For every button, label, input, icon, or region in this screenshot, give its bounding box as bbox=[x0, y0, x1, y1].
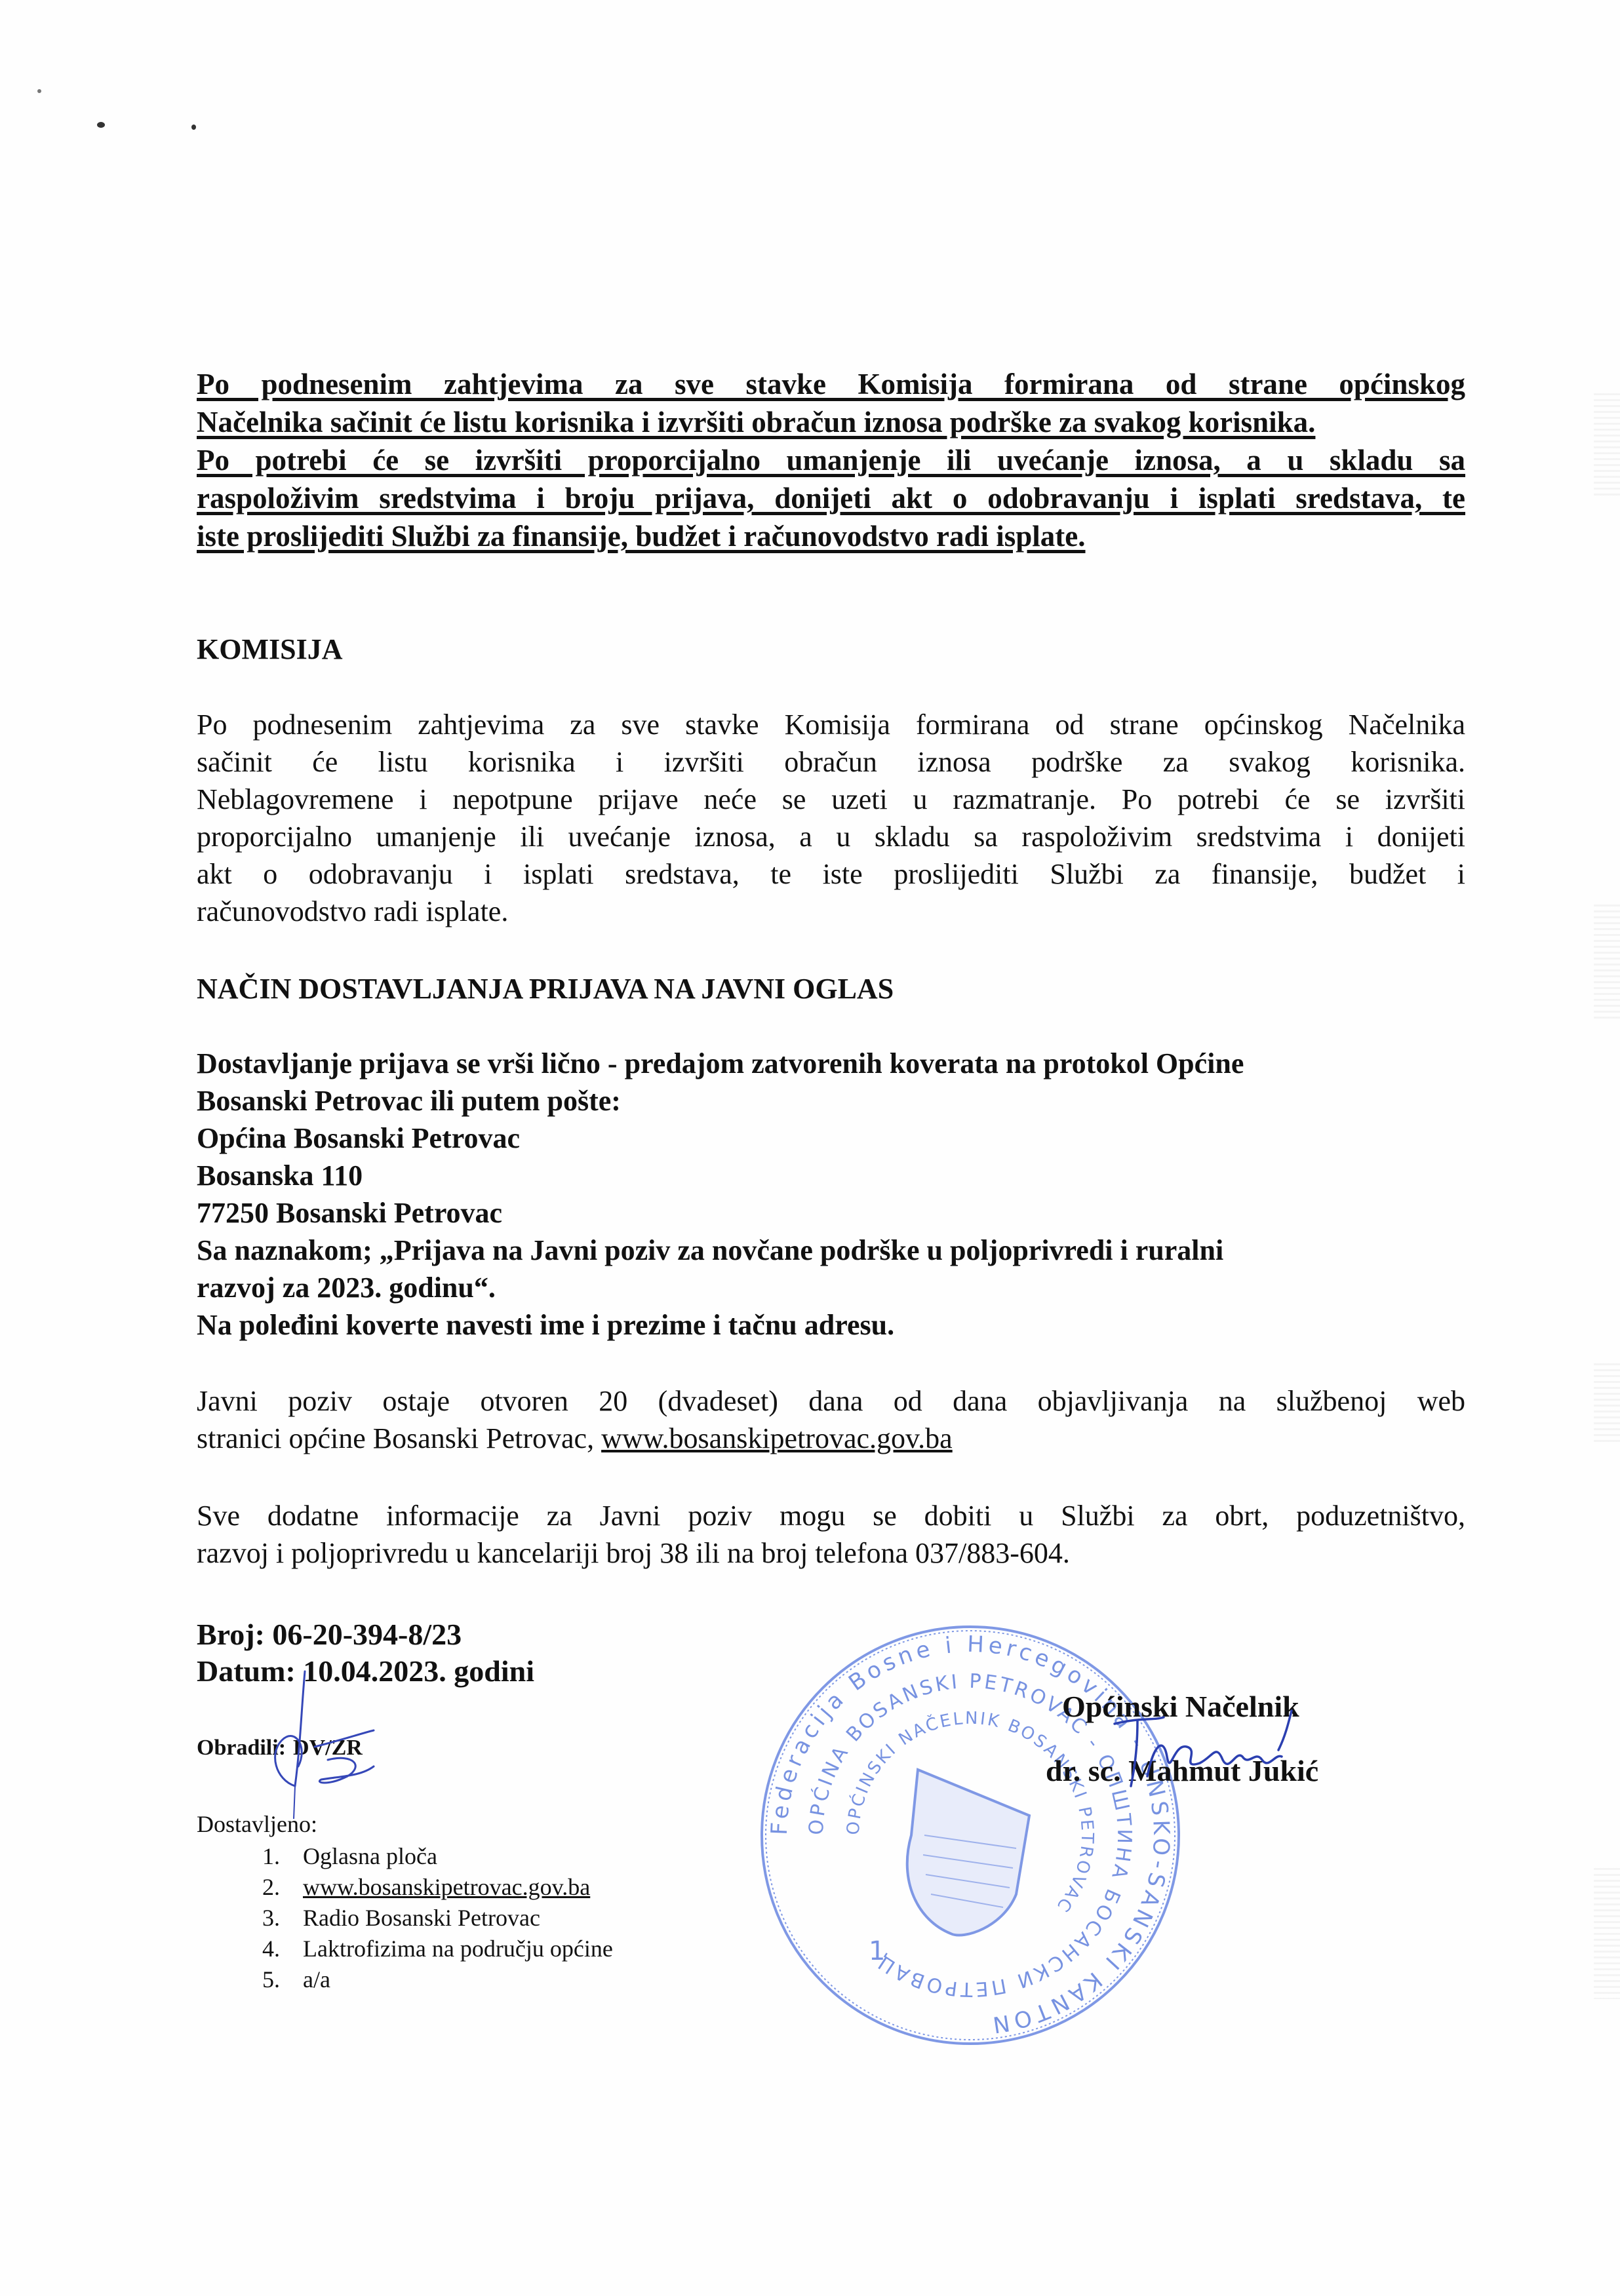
list-item: 4.Laktrofizima na području općine bbox=[262, 1934, 613, 1964]
address-line: Bosanska 110 bbox=[197, 1159, 363, 1193]
initials-signature-icon bbox=[249, 1668, 413, 1825]
distribution-items: 1.Oglasna ploča 2.www.bosanskipetrovac.g… bbox=[197, 1841, 613, 1995]
paragraph-line: Neblagovremene i nepotpune prijave neće … bbox=[197, 783, 1465, 817]
top-notice-line: raspoloživim sredstvima i broju prijava,… bbox=[197, 481, 1465, 515]
scan-speck bbox=[97, 122, 105, 128]
document-number: Broj: 06-20-394-8/23 bbox=[197, 1618, 462, 1652]
list-item: 1.Oglasna ploča bbox=[262, 1841, 613, 1872]
address-line: Općina Bosanski Petrovac bbox=[197, 1121, 520, 1156]
paragraph-line: Javni poziv ostaje otvoren 20 (dvadeset)… bbox=[197, 1384, 1465, 1418]
website-link[interactable]: www.bosanskipetrovac.gov.ba bbox=[303, 1872, 590, 1903]
top-notice-line: iste proslijediti Službi za finansije, b… bbox=[197, 519, 1086, 553]
paragraph-line: Bosanski Petrovac ili putem pošte: bbox=[197, 1084, 621, 1118]
top-notice-line: Načelnika sačinit će listu korisnika i i… bbox=[197, 405, 1315, 439]
section-heading: NAČIN DOSTAVLJANJA PRIJAVA NA JAVNI OGLA… bbox=[197, 972, 894, 1006]
document-page: Po podnesenim zahtjevima za sve stavke K… bbox=[0, 0, 1620, 2296]
paragraph-line: razvoj i poljoprivredu u kancelariji bro… bbox=[197, 1536, 1070, 1570]
scan-speck bbox=[37, 89, 41, 93]
paragraph-line: Sa naznakom; „Prijava na Javni poziv za … bbox=[197, 1234, 1223, 1268]
distribution-list: Dostavljeno: 1.Oglasna ploča 2.www.bosan… bbox=[197, 1809, 613, 1995]
scan-noise bbox=[1594, 393, 1620, 498]
scan-speck bbox=[191, 125, 196, 130]
paragraph-line: Sve dodatne informacije za Javni poziv m… bbox=[197, 1499, 1465, 1533]
paragraph-line: sačinit će listu korisnika i izvršiti ob… bbox=[197, 745, 1465, 779]
paragraph-line: stranici općine Bosanski Petrovac, www.b… bbox=[197, 1422, 953, 1456]
paragraph-line: razvoj za 2023. godinu“. bbox=[197, 1271, 496, 1305]
section-heading: KOMISIJA bbox=[197, 632, 342, 667]
paragraph-line: proporcijalno umanjenje ili uvećanje izn… bbox=[197, 820, 1465, 854]
list-item: 3.Radio Bosanski Petrovac bbox=[262, 1903, 613, 1934]
paragraph-line: akt o odobravanju i isplati sredstava, t… bbox=[197, 857, 1465, 891]
website-link[interactable]: www.bosanskipetrovac.gov.ba bbox=[601, 1422, 953, 1454]
list-item: 2.www.bosanskipetrovac.gov.ba bbox=[262, 1872, 613, 1903]
paragraph-text: stranici općine Bosanski Petrovac, bbox=[197, 1422, 601, 1454]
paragraph-line: Po podnesenim zahtjevima za sve stavke K… bbox=[197, 708, 1465, 742]
paragraph-line: računovodstvo radi isplate. bbox=[197, 895, 508, 929]
svg-text:1: 1 bbox=[869, 1936, 885, 1966]
scan-noise bbox=[1594, 1363, 1620, 1442]
list-item: 5.a/a bbox=[262, 1964, 613, 1995]
paragraph-line: Dostavljanje prijava se vrši lično - pre… bbox=[197, 1047, 1244, 1081]
scan-noise bbox=[1594, 1868, 1620, 1999]
mayor-signature-icon bbox=[1101, 1704, 1318, 1789]
address-line: 77250 Bosanski Petrovac bbox=[197, 1196, 502, 1230]
distribution-label: Dostavljeno: bbox=[197, 1809, 613, 1840]
scan-noise bbox=[1594, 905, 1620, 1022]
top-notice-line: Po potrebi će se izvršiti proporcijalno … bbox=[197, 443, 1465, 477]
paragraph-line: Na poleđini koverte navesti ime i prezim… bbox=[197, 1308, 894, 1342]
top-notice-line: Po podnesenim zahtjevima za sve stavke K… bbox=[197, 367, 1465, 401]
